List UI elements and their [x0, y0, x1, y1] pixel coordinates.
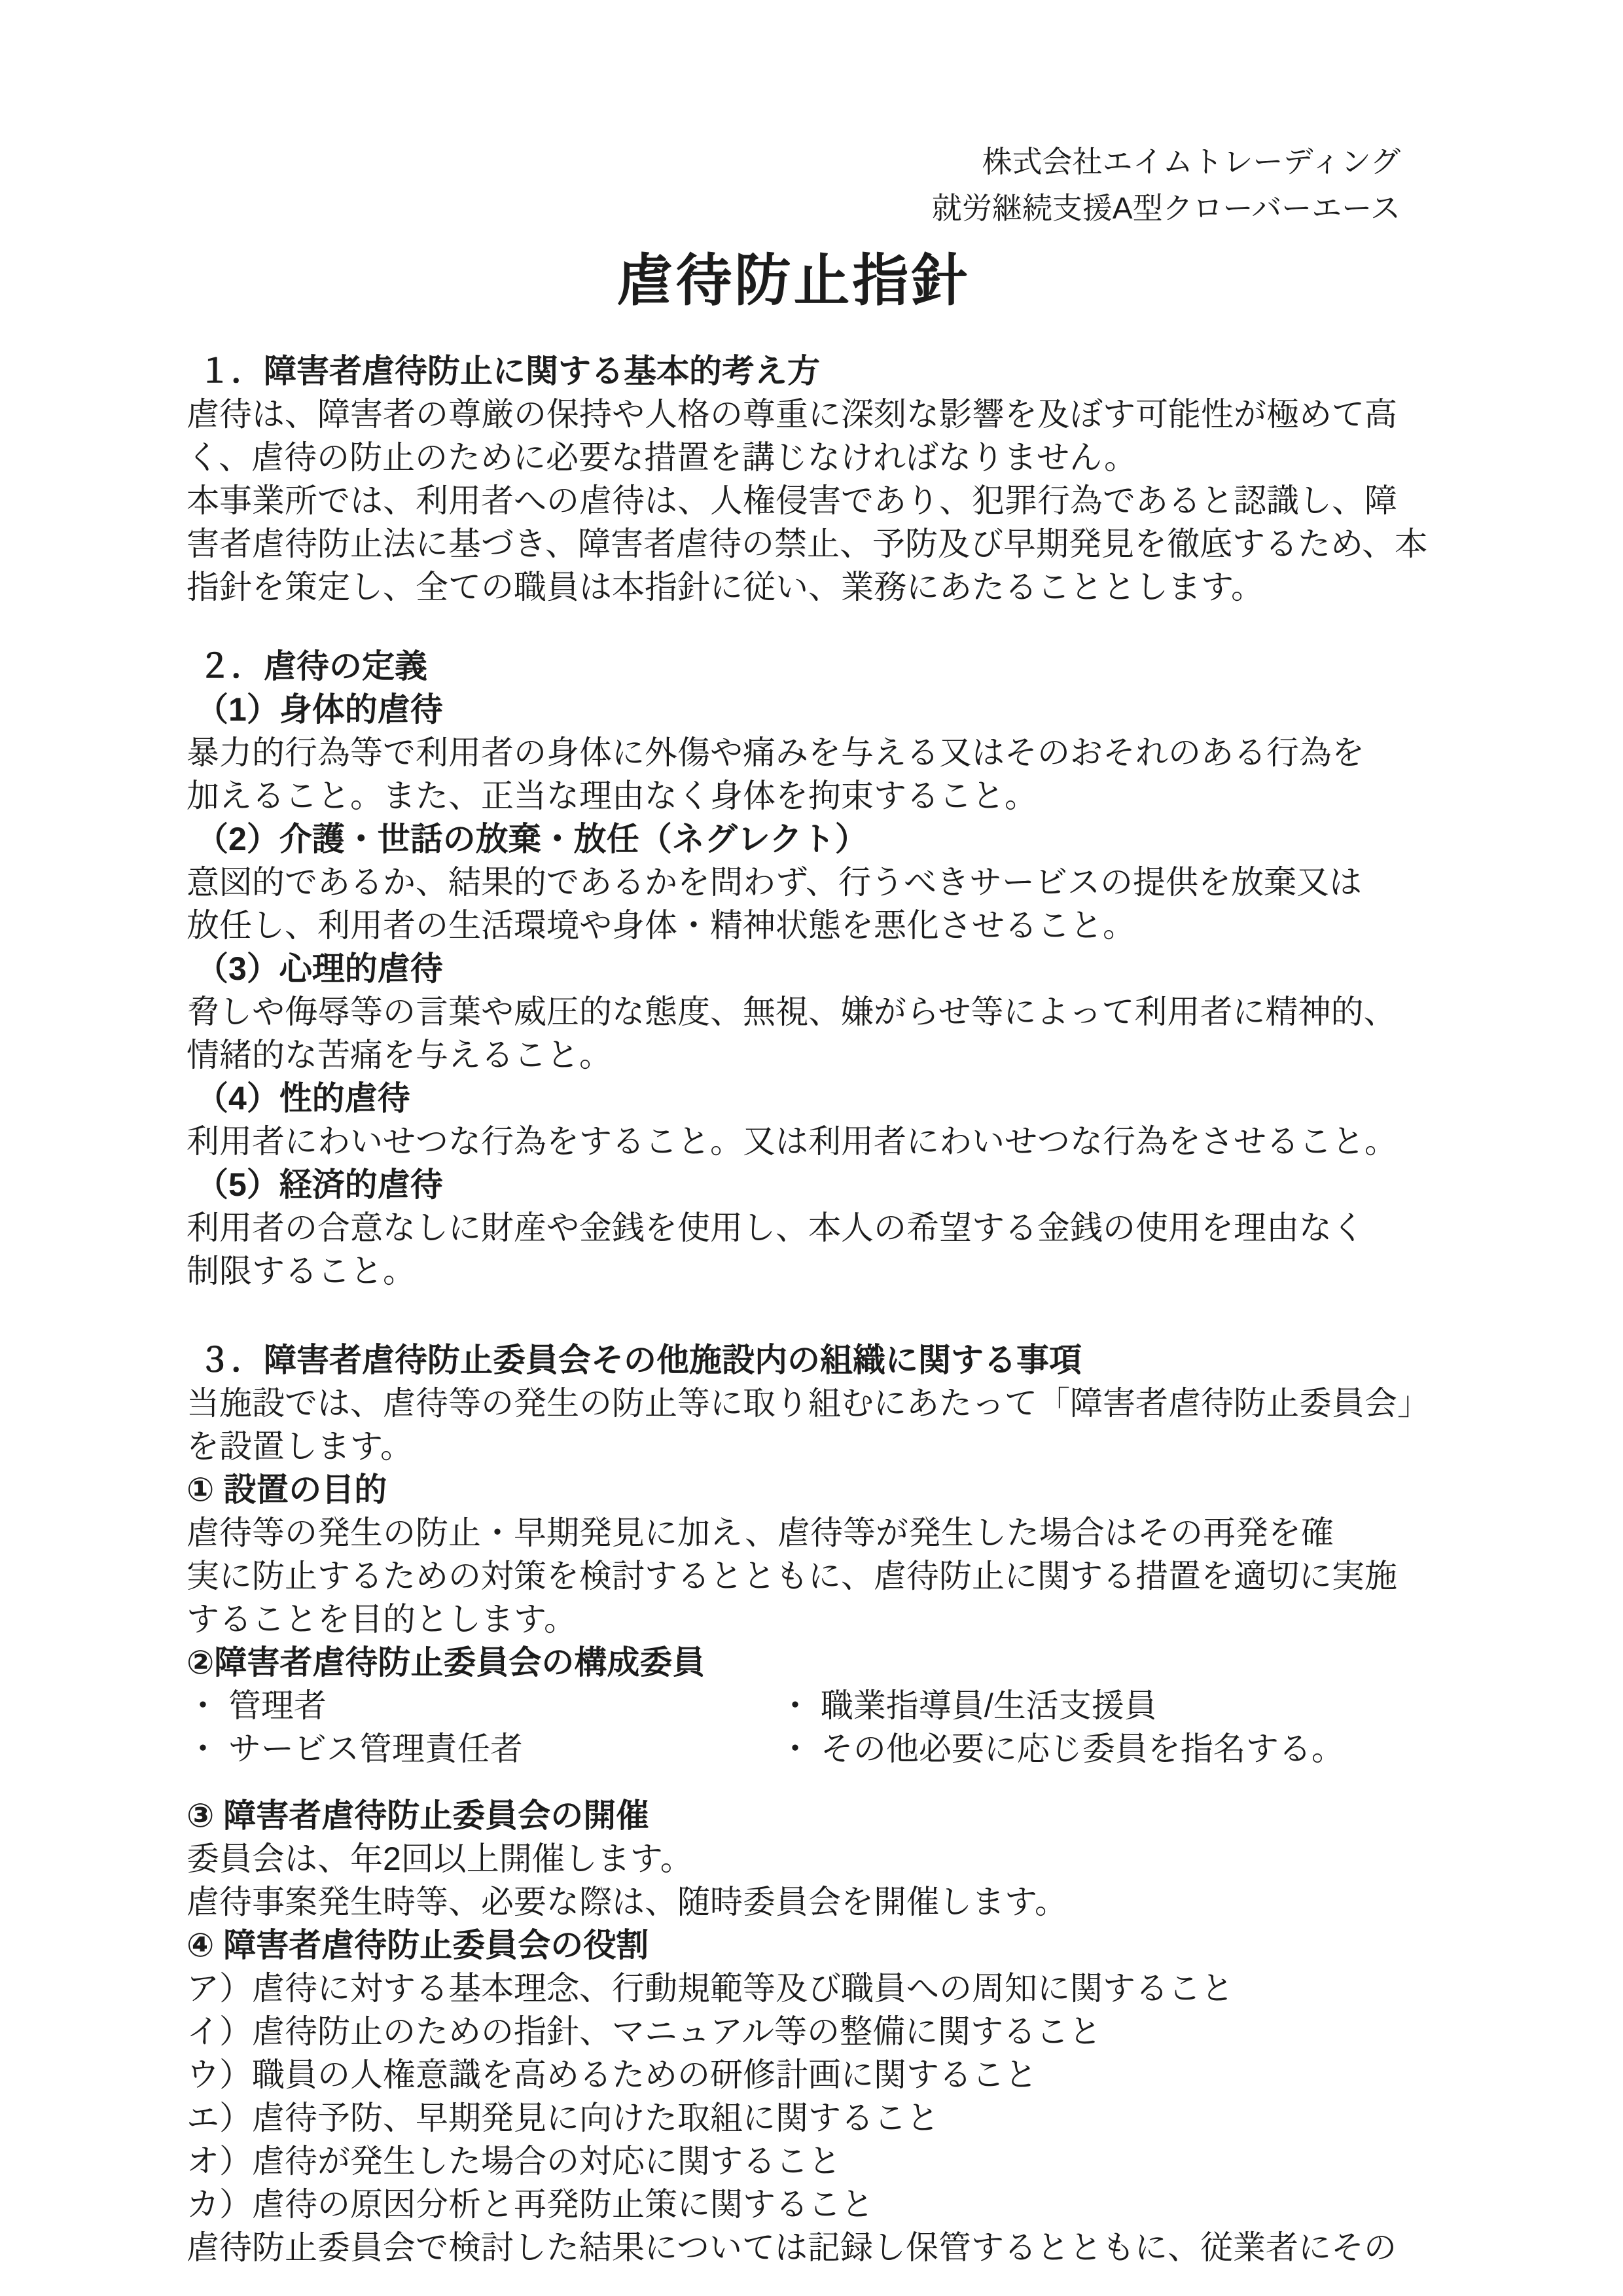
company-name: 株式会社エイムトレーディング	[187, 139, 1400, 185]
paragraph-line: 利用者にわいせつな行為をすること。又は利用者にわいせつな行為をさせること。	[187, 1120, 1400, 1163]
definition-psychological-abuse: （3）心理的虐待 脅しや侮辱等の言葉や威圧的な態度、無視、嫌がらせ等によって利用…	[187, 947, 1400, 1077]
definition-heading: （4）性的虐待	[187, 1077, 1400, 1120]
paragraph-line: 害者虐待防止法に基づき、障害者虐待の禁止、予防及び早期発見を徹底するため、本	[187, 522, 1400, 565]
paragraph-line: 加えること。また、正当な理由なく身体を拘束すること。	[187, 774, 1400, 817]
paragraph-line: 指針を策定し、全ての職員は本指針に従い、業務にあたることとします。	[187, 565, 1400, 609]
paragraph-line: を設置します。	[187, 1425, 1400, 1468]
paragraph-line: く、虐待の防止のために必要な措置を講じなければなりません。	[187, 436, 1400, 479]
paragraph-line: 脅しや侮辱等の言葉や威圧的な態度、無視、嫌がらせ等によって利用者に精神的、	[187, 990, 1400, 1033]
definition-economic-abuse: （5）経済的虐待 利用者の合意なしに財産や金銭を使用し、本人の希望する金銭の使用…	[187, 1163, 1400, 1293]
definition-neglect: （2）介護・世話の放棄・放任（ネグレクト） 意図的であるか、結果的であるかを問わ…	[187, 817, 1400, 947]
page-title: 虐待防止指針	[187, 245, 1400, 317]
member-item: ・ 職業指導員/生活支援員	[779, 1684, 1400, 1727]
paragraph-line: 利用者の合意なしに財産や金銭を使用し、本人の希望する金銭の使用を理由なく	[187, 1206, 1400, 1249]
section-3-heading: ３．障害者虐待防止委員会その他施設内の組織に関する事項	[187, 1338, 1400, 1382]
section-basic-policy: １．障害者虐待防止に関する基本的考え方 虐待は、障害者の尊厳の保持や人格の尊重に…	[187, 350, 1400, 609]
committee-meeting-heading: ③ 障害者虐待防止委員会の開催	[187, 1794, 1400, 1837]
paragraph-line: 委員会は、年2回以上開催します。	[187, 1837, 1400, 1880]
paragraph-line: 制限すること。	[187, 1249, 1400, 1293]
paragraph-line: 虐待等の発生の防止・早期発見に加え、虐待等が発生した場合はその再発を確	[187, 1511, 1400, 1554]
member-column-left: ・ 管理者 ・ サービス管理責任者	[187, 1684, 779, 1770]
document-header: 株式会社エイムトレーディング 就労継続支援A型クローバーエース	[187, 139, 1400, 232]
role-item: ウ）職員の人権意識を高めるための研修計画に関すること	[187, 2053, 1400, 2096]
paragraph-line: 暴力的行為等で利用者の身体に外傷や痛みを与える又はそのおそれのある行為を	[187, 731, 1400, 774]
paragraph-line: 放任し、利用者の生活環境や身体・精神状態を悪化させること。	[187, 904, 1400, 947]
paragraph-line: 虐待は、障害者の尊厳の保持や人格の尊重に深刻な影響を及ぼす可能性が極めて高	[187, 393, 1400, 436]
role-item: オ）虐待が発生した場合の対応に関すること	[187, 2140, 1400, 2183]
definition-heading: （1）身体的虐待	[187, 688, 1400, 731]
paragraph-line: することを目的とします。	[187, 1598, 1400, 1641]
committee-purpose: ① 設置の目的 虐待等の発生の防止・早期発見に加え、虐待等が発生した場合はその再…	[187, 1468, 1400, 1641]
role-item: エ）虐待予防、早期発見に向けた取組に関すること	[187, 2096, 1400, 2140]
committee-roles: ④ 障害者虐待防止委員会の役割 ア）虐待に対する基本理念、行動規範等及び職員への…	[187, 1924, 1400, 2269]
section-abuse-definitions: ２．虐待の定義 （1）身体的虐待 暴力的行為等で利用者の身体に外傷や痛みを与える…	[187, 645, 1400, 1293]
role-item: カ）虐待の原因分析と再発防止策に関すること	[187, 2183, 1400, 2226]
paragraph-line: 本事業所では、利用者への虐待は、人権侵害であり、犯罪行為であると認識し、障	[187, 479, 1400, 522]
definition-heading: （5）経済的虐待	[187, 1163, 1400, 1206]
paragraph-line: 意図的であるか、結果的であるかを問わず、行うべきサービスの提供を放棄又は	[187, 861, 1400, 904]
definition-heading: （3）心理的虐待	[187, 947, 1400, 990]
committee-meeting: ③ 障害者虐待防止委員会の開催 委員会は、年2回以上開催します。 虐待事案発生時…	[187, 1794, 1400, 1924]
service-name: 就労継続支援A型クローバーエース	[187, 185, 1400, 232]
paragraph-line: 情緒的な苦痛を与えること。	[187, 1033, 1400, 1077]
committee-roles-heading: ④ 障害者虐待防止委員会の役割	[187, 1924, 1400, 1967]
member-column-right: ・ 職業指導員/生活支援員 ・ その他必要に応じ委員を指名する。	[779, 1684, 1400, 1770]
member-item: ・ 管理者	[187, 1684, 779, 1727]
committee-members-heading: ②障害者虐待防止委員会の構成委員	[187, 1641, 1400, 1684]
role-item: ア）虐待に対する基本理念、行動規範等及び職員への周知に関すること	[187, 1967, 1400, 2010]
member-item: ・ その他必要に応じ委員を指名する。	[779, 1727, 1400, 1770]
paragraph-line: 虐待事案発生時等、必要な際は、随時委員会を開催します。	[187, 1880, 1400, 1924]
definition-sexual-abuse: （4）性的虐待 利用者にわいせつな行為をすること。又は利用者にわいせつな行為をさ…	[187, 1077, 1400, 1163]
section-2-heading: ２．虐待の定義	[187, 645, 1400, 688]
paragraph-line: 虐待防止委員会で検討した結果については記録し保管するとともに、従業者にその	[187, 2226, 1400, 2269]
paragraph-line: 実に防止するための対策を検討するとともに、虐待防止に関する措置を適切に実施	[187, 1554, 1400, 1598]
section-committee: ３．障害者虐待防止委員会その他施設内の組織に関する事項 当施設では、虐待等の発生…	[187, 1338, 1400, 2269]
definition-physical-abuse: （1）身体的虐待 暴力的行為等で利用者の身体に外傷や痛みを与える又はそのおそれの…	[187, 688, 1400, 817]
definition-heading: （2）介護・世話の放棄・放任（ネグレクト）	[187, 817, 1400, 861]
section-1-heading: １．障害者虐待防止に関する基本的考え方	[187, 350, 1400, 393]
member-columns: ・ 管理者 ・ サービス管理責任者 ・ 職業指導員/生活支援員 ・ その他必要に…	[187, 1684, 1400, 1770]
committee-purpose-heading: ① 設置の目的	[187, 1468, 1400, 1511]
member-item: ・ サービス管理責任者	[187, 1727, 779, 1770]
paragraph-line: 当施設では、虐待等の発生の防止等に取り組むにあたって「障害者虐待防止委員会」	[187, 1382, 1400, 1425]
document-page: 株式会社エイムトレーディング 就労継続支援A型クローバーエース 虐待防止指針 １…	[0, 0, 1623, 2296]
role-item: イ）虐待防止のための指針、マニュアル等の整備に関すること	[187, 2010, 1400, 2053]
committee-members: ②障害者虐待防止委員会の構成委員 ・ 管理者 ・ サービス管理責任者 ・ 職業指…	[187, 1641, 1400, 1770]
